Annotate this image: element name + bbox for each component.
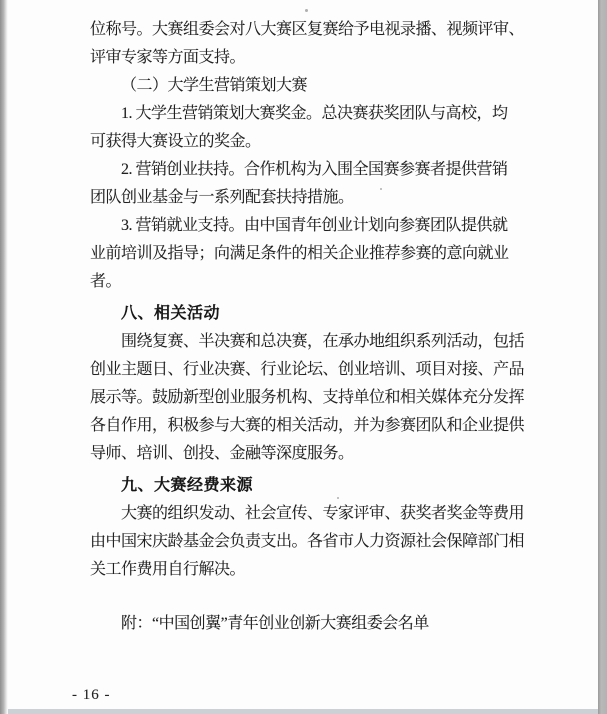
scan-edge-right	[598, 0, 607, 714]
text-line: 团队创业基金与一系列配套扶持措施。	[90, 184, 550, 212]
text-line: 评审专家等方面支持。	[90, 44, 550, 72]
text-line: 1. 大学生营销策划大赛奖金。总决赛获奖团队与高校，均	[90, 100, 550, 128]
scan-edge-bottom	[0, 709, 607, 714]
document-page: 位称号。大赛组委会对八大赛区复赛给予电视录播、视频评审、 评审专家等方面支持。 …	[0, 0, 607, 714]
section-heading: 九、大赛经费来源	[90, 472, 550, 500]
subsection-heading: （二）大学生营销策划大赛	[90, 72, 550, 100]
text-line: 展示等。鼓励新型创业服务机构、支持单位和相关媒体充分发挥	[90, 384, 550, 412]
text-line: 可获得大赛设立的奖金。	[90, 128, 550, 156]
text-line: 位称号。大赛组委会对八大赛区复赛给予电视录播、视频评审、	[90, 16, 550, 44]
text-line: 3. 营销就业支持。由中国青年创业计划向参赛团队提供就	[90, 212, 550, 240]
text-line: 2. 营销创业扶持。合作机构为入围全国赛参赛者提供营销	[90, 156, 550, 184]
text-line: 导师、培训、创投、金融等深度服务。	[90, 440, 550, 468]
attachment-note: 附：“中国创翼”青年创业创新大赛组委会名单	[90, 610, 550, 638]
page-number: - 16 -	[72, 687, 111, 704]
text-line: 围绕复赛、半决赛和总决赛，在承办地组织系列活动，包括	[90, 328, 550, 356]
text-line: 者。	[90, 268, 550, 296]
section-heading: 八、相关活动	[90, 300, 550, 328]
text-line: 关工作费用自行解决。	[90, 556, 550, 584]
text-line: 创业主题日、行业决赛、行业论坛、创业培训、项目对接、产品	[90, 356, 550, 384]
scan-edge-left	[0, 0, 8, 714]
text-line: 各自作用，积极参与大赛的相关活动，并为参赛团队和企业提供	[90, 412, 550, 440]
text-line: 大赛的组织发动、社会宣传、专家评审、获奖者奖金等费用	[90, 500, 550, 528]
document-text-block: 位称号。大赛组委会对八大赛区复赛给予电视录播、视频评审、 评审专家等方面支持。 …	[90, 16, 550, 638]
text-line: 业前培训及指导；向满足条件的相关企业推荐参赛的意向就业	[90, 240, 550, 268]
scan-speck	[305, 9, 308, 12]
text-line: 由中国宋庆龄基金会负责支出。各省市人力资源社会保障部门相	[90, 528, 550, 556]
